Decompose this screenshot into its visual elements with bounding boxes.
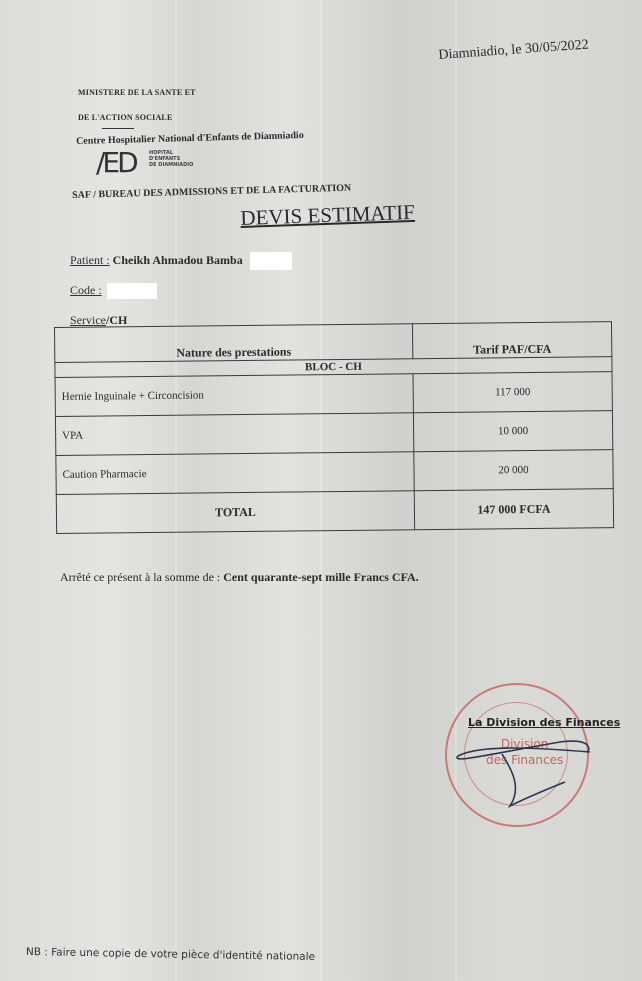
table-row: Hernie Inguinale + Circoncision 117 000 [55,372,612,417]
ministry-line-2: DE L'ACTION SOCIALE [78,113,173,122]
ministry-line-1: MINISTERE DE LA SANTE ET [78,88,196,97]
redaction-box [250,252,292,270]
code-label: Code : [70,283,102,297]
patient-name: Cheikh Ahmadou Bamba [113,253,243,267]
service-label: Service [70,313,106,327]
code-field: Code : [70,283,157,299]
official-stamp: Division des Finances La Division des Fi… [440,678,615,818]
estimate-table: Nature des prestations Tarif PAF/CFA BLO… [54,321,614,534]
header-tarif: Tarif PAF/CFA [412,322,611,359]
hospital-logo: /ED HOPITAL D'ENFANTS DE DIAMNIADIO [96,146,206,180]
logo-mark: /ED [96,146,136,179]
document-title: DEVIS ESTIMATIF [240,200,415,231]
row-amount: 20 000 [414,450,613,491]
table-header: Nature des prestations Tarif PAF/CFA [55,322,612,363]
hospital-name: Centre Hospitalier National d'Enfants de… [76,130,304,147]
department-heading: SAF / BUREAU DES ADMISSIONS ET DE LA FAC… [72,183,351,201]
total-amount: 147 000 FCFA [414,489,613,530]
row-item: VPA [55,413,413,456]
service-value: /CH [106,313,127,327]
table-row: VPA 10 000 [55,411,612,456]
patient-field: Patient : Cheikh Ahmadou Bamba [70,252,292,270]
table-row: Caution Pharmacie 20 000 [56,450,613,495]
separator [102,128,134,129]
logo-text: HOPITAL D'ENFANTS DE DIAMNIADIO [149,150,193,168]
document-date: Diamniadio, le 30/05/2022 [438,38,589,64]
amount-words-value: Cent quarante-sept mille Francs CFA. [223,570,418,584]
signature-icon [440,678,615,818]
row-item: Caution Pharmacie [56,452,414,495]
amount-words-prefix: Arrêté ce présent à la somme de : [60,570,223,584]
patient-label: Patient : [70,253,110,267]
amount-in-words: Arrêté ce présent à la somme de : Cent q… [60,570,419,585]
redaction-box [107,283,157,299]
footer-note: NB : Faire une copie de votre pièce d'id… [26,946,315,963]
table-total-row: TOTAL 147 000 FCFA [56,489,613,534]
row-item: Hernie Inguinale + Circoncision [55,374,413,417]
row-amount: 117 000 [413,372,612,413]
row-amount: 10 000 [413,411,612,452]
header-nature: Nature des prestations [55,324,413,363]
total-label: TOTAL [56,491,414,534]
